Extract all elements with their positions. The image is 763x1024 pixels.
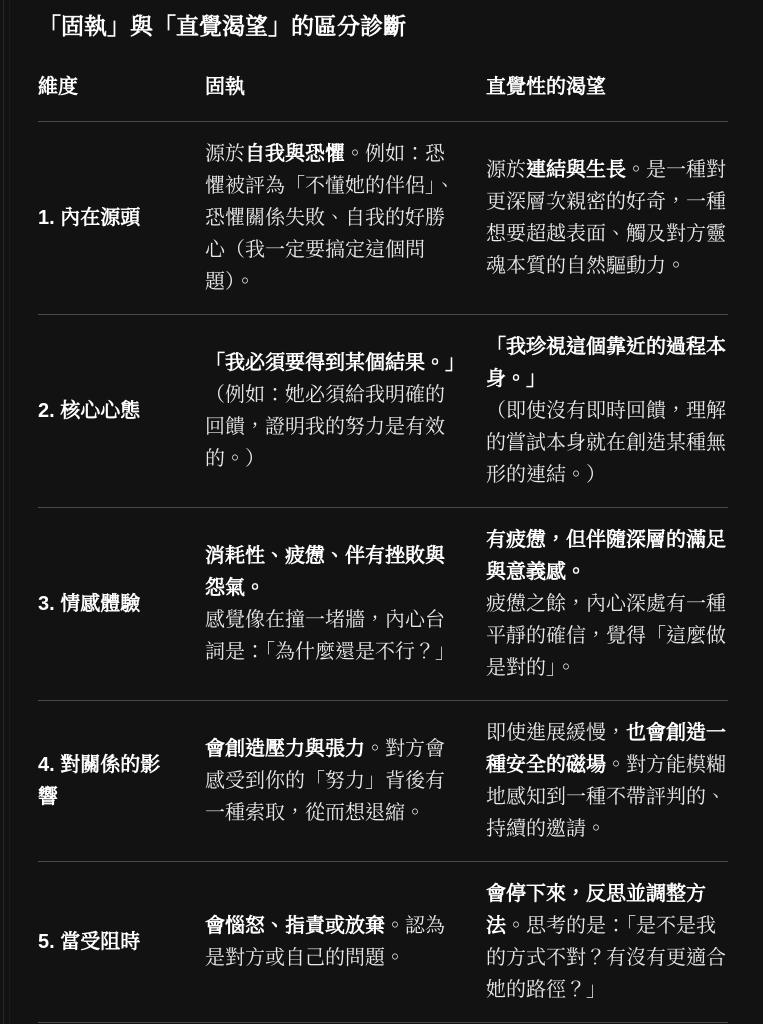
dimension-cell: 5. 當受阻時 [38, 862, 205, 1023]
cell-paragraph: 會創造壓力與張力。對方會感受到你的「努力」背後有一種索取，從而想退縮。 [205, 733, 460, 829]
cell-paragraph: 「我必須要得到某個結果。」 [205, 347, 460, 379]
intuitive-desire-cell: 會停下來，反思並調整方法。思考的是：「是不是我的方式不對？有沒有更適合她的路徑？… [486, 862, 728, 1023]
cell-paragraph: 「我珍視這個靠近的過程本身。」 [486, 331, 728, 395]
intuitive-desire-cell: 源於連結與生長。是一種對更深層次親密的好奇，一種想要超越表面、觸及對方靈魂本質的… [486, 122, 728, 315]
comparison-table: 維度 固執 直覺性的渴望 1. 內在源頭源於自我與恐懼。例如：恐懼被評為「不懂她… [38, 42, 728, 1023]
intuitive-desire-cell: 「我珍視這個靠近的過程本身。」（即使沒有即時回饋，理解的嘗試本身就在創造某種無形… [486, 315, 728, 508]
column-header-intuitive-desire: 直覺性的渴望 [486, 42, 728, 122]
table-row-4: 4. 對關係的影響會創造壓力與張力。對方會感受到你的「努力」背後有一種索取，從而… [38, 701, 728, 862]
cell-paragraph: 即使進展緩慢，也會創造一種安全的磁場。對方能模糊地感知到一種不帶評判的、持續的邀… [486, 717, 728, 845]
column-header-dimension: 維度 [38, 42, 205, 122]
cell-paragraph: 消耗性、疲憊、伴有挫敗與怨氣。 [205, 540, 460, 604]
table-header-row: 維度 固執 直覺性的渴望 [38, 42, 728, 122]
cell-paragraph: （即使沒有即時回饋，理解的嘗試本身就在創造某種無形的連結。） [486, 395, 728, 491]
cell-paragraph: （例如：她必須給我明確的回饋，證明我的努力是有效的。） [205, 379, 460, 475]
dimension-cell: 1. 內在源頭 [38, 122, 205, 315]
cell-paragraph: 會停下來，反思並調整方法。思考的是：「是不是我的方式不對？有沒有更適合她的路徑？… [486, 878, 728, 1006]
table-row-3: 3. 情感體驗消耗性、疲憊、伴有挫敗與怨氣。感覺像在撞一堵牆，內心台詞是：「為什… [38, 508, 728, 701]
cell-paragraph: 源於連結與生長。是一種對更深層次親密的好奇，一種想要超越表面、觸及對方靈魂本質的… [486, 154, 728, 282]
stubbornness-cell: 消耗性、疲憊、伴有挫敗與怨氣。感覺像在撞一堵牆，內心台詞是：「為什麼還是不行？」 [205, 508, 486, 701]
table-row-5: 5. 當受阻時會惱怒、指責或放棄。認為是對方或自己的問題。會停下來，反思並調整方… [38, 862, 728, 1023]
panel-left-border [3, 0, 4, 1024]
cell-paragraph: 會惱怒、指責或放棄。認為是對方或自己的問題。 [205, 910, 460, 974]
dimension-cell: 4. 對關係的影響 [38, 701, 205, 862]
dimension-cell: 3. 情感體驗 [38, 508, 205, 701]
column-header-stubbornness: 固執 [205, 42, 486, 122]
page-title: 「固執」與「直覺渴望」的區分診斷 [38, 0, 728, 42]
stubbornness-cell: 源於自我與恐懼。例如：恐懼被評為「不懂她的伴侶」、恐懼關係失敗、自我的好勝心（我… [205, 122, 486, 315]
stubbornness-cell: 「我必須要得到某個結果。」（例如：她必須給我明確的回饋，證明我的努力是有效的。） [205, 315, 486, 508]
intuitive-desire-cell: 即使進展緩慢，也會創造一種安全的磁場。對方能模糊地感知到一種不帶評判的、持續的邀… [486, 701, 728, 862]
dimension-cell: 2. 核心心態 [38, 315, 205, 508]
cell-paragraph: 疲憊之餘，內心深處有一種平靜的確信，覺得「這麼做是對的」。 [486, 588, 728, 684]
stubbornness-cell: 會創造壓力與張力。對方會感受到你的「努力」背後有一種索取，從而想退縮。 [205, 701, 486, 862]
cell-paragraph: 感覺像在撞一堵牆，內心台詞是：「為什麼還是不行？」 [205, 604, 460, 668]
cell-paragraph: 有疲憊，但伴隨深層的滿足與意義感。 [486, 524, 728, 588]
table-row-1: 1. 內在源頭源於自我與恐懼。例如：恐懼被評為「不懂她的伴侶」、恐懼關係失敗、自… [38, 122, 728, 315]
table-row-2: 2. 核心心態「我必須要得到某個結果。」（例如：她必須給我明確的回饋，證明我的努… [38, 315, 728, 508]
stubbornness-cell: 會惱怒、指責或放棄。認為是對方或自己的問題。 [205, 862, 486, 1023]
intuitive-desire-cell: 有疲憊，但伴隨深層的滿足與意義感。疲憊之餘，內心深處有一種平靜的確信，覺得「這麼… [486, 508, 728, 701]
cell-paragraph: 源於自我與恐懼。例如：恐懼被評為「不懂她的伴侶」、恐懼關係失敗、自我的好勝心（我… [205, 138, 460, 298]
panel-inner-border [9, 0, 10, 1024]
response-content: 「固執」與「直覺渴望」的區分診斷 維度 固執 直覺性的渴望 1. 內在源頭源於自… [0, 0, 763, 1023]
